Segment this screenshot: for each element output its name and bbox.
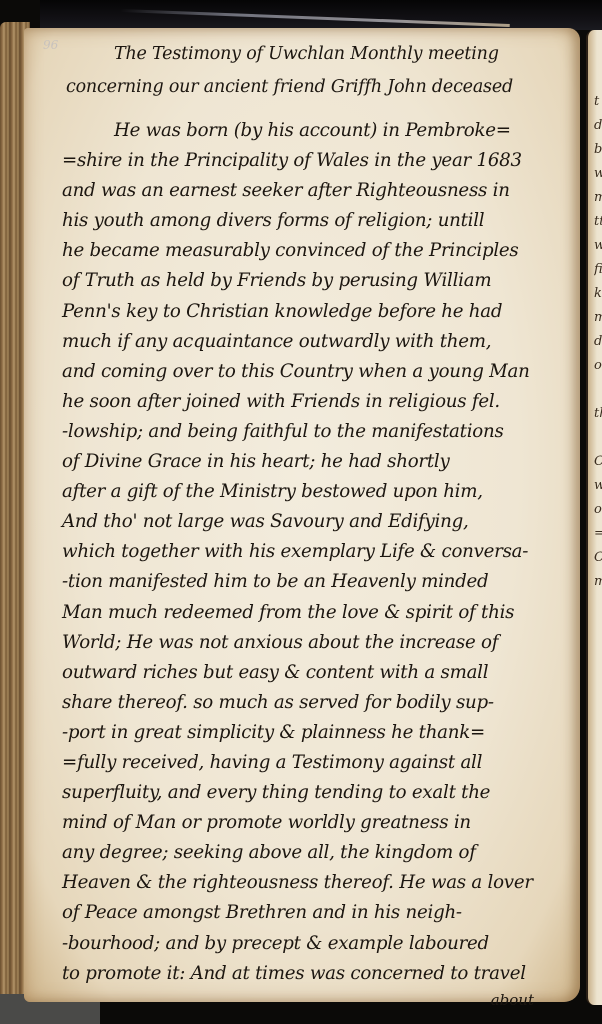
body-line: Man much redeemed from the love & spirit… [62,598,562,628]
body-line: and was an earnest seeker after Righteou… [62,176,562,206]
facing-page-fragment: m [594,570,602,594]
body-line: any degree; seeking above all, the kingd… [62,838,562,868]
body-line: of Divine Grace in his heart; he had sho… [62,447,562,477]
facing-page-fragment: th [594,402,602,426]
facing-page-fragment: m [594,186,602,210]
body-line: and coming over to this Country when a y… [62,357,562,387]
body-line: to promote it: And at times was concerne… [62,959,562,989]
body-line: World; He was not anxious about the incr… [62,628,562,658]
manuscript-scan: tdbwmttwfikmdo th Cwo=Cm 96 The Testimon… [0,0,602,1024]
body-line: =shire in the Principality of Wales in t… [62,146,562,176]
body-line: And tho' not large was Savoury and Edify… [62,507,562,537]
facing-page-fragment: d [594,330,602,354]
facing-page-fragment: tt [594,210,602,234]
facing-page-fragment: k [594,282,602,306]
body-line: -lowship; and being faithful to the mani… [62,417,562,447]
body-line: he became measurably convinced of the Pr… [62,236,562,266]
body-line: =fully received, having a Testimony agai… [62,748,562,778]
facing-page-fragment: fi [594,258,602,282]
body-line: of Truth as held by Friends by perusing … [62,266,562,296]
page-number: 96 [43,38,58,52]
facing-page-fragment: b [594,138,602,162]
body-line: -tion manifested him to be an Heavenly m… [62,567,562,597]
heading-line-1: The Testimony of Uwchlan Monthly meeting [62,38,562,71]
facing-page-fragment: w [594,162,602,186]
facing-page-fragment: d [594,114,602,138]
body-line: his youth among divers forms of religion… [62,206,562,236]
facing-page-fragment: o [594,498,602,522]
facing-page-fragment [594,426,602,450]
facing-page-fragment: m [594,306,602,330]
facing-page-fragment: w [594,234,602,258]
body-line: which together with his exemplary Life &… [62,537,562,567]
body-line: -bourhood; and by precept & example labo… [62,929,562,959]
facing-page-edge: tdbwmttwfikmdo th Cwo=Cm [586,30,602,1005]
heading-line-2: concerning our ancient friend Griffh Joh… [62,71,562,104]
body-line: Penn's key to Christian knowledge before… [62,297,562,327]
book-binding [40,0,602,30]
facing-page-fragment: C [594,450,602,474]
facing-page-fragment: t [594,90,602,114]
body-line: share thereof. so much as served for bod… [62,688,562,718]
body-line: mind of Man or promote worldly greatness… [62,808,562,838]
facing-page-fragments: tdbwmttwfikmdo th Cwo=Cm [594,90,602,594]
facing-page-fragment: C [594,546,602,570]
body-line: Heaven & the righteousness thereof. He w… [62,868,562,898]
body-line: much if any acquaintance outwardly with … [62,327,562,357]
body-line: outward riches but easy & content with a… [62,658,562,688]
body-line: of Peace amongst Brethren and in his nei… [62,898,562,928]
facing-page-fragment [594,378,602,402]
facing-page-fragment: w [594,474,602,498]
body-line: after a gift of the Ministry bestowed up… [62,477,562,507]
catchword: about [62,989,562,1011]
body-line: superfluity, and every thing tending to … [62,778,562,808]
body-line: He was born (by his account) in Pembroke… [62,116,562,146]
body-line: -port in great simplicity & plainness he… [62,718,562,748]
facing-page-fragment: o [594,354,602,378]
body-line: he soon after joined with Friends in rel… [62,387,562,417]
facing-page-fragment: = [594,522,602,546]
manuscript-text: The Testimony of Uwchlan Monthly meeting… [62,38,562,1011]
